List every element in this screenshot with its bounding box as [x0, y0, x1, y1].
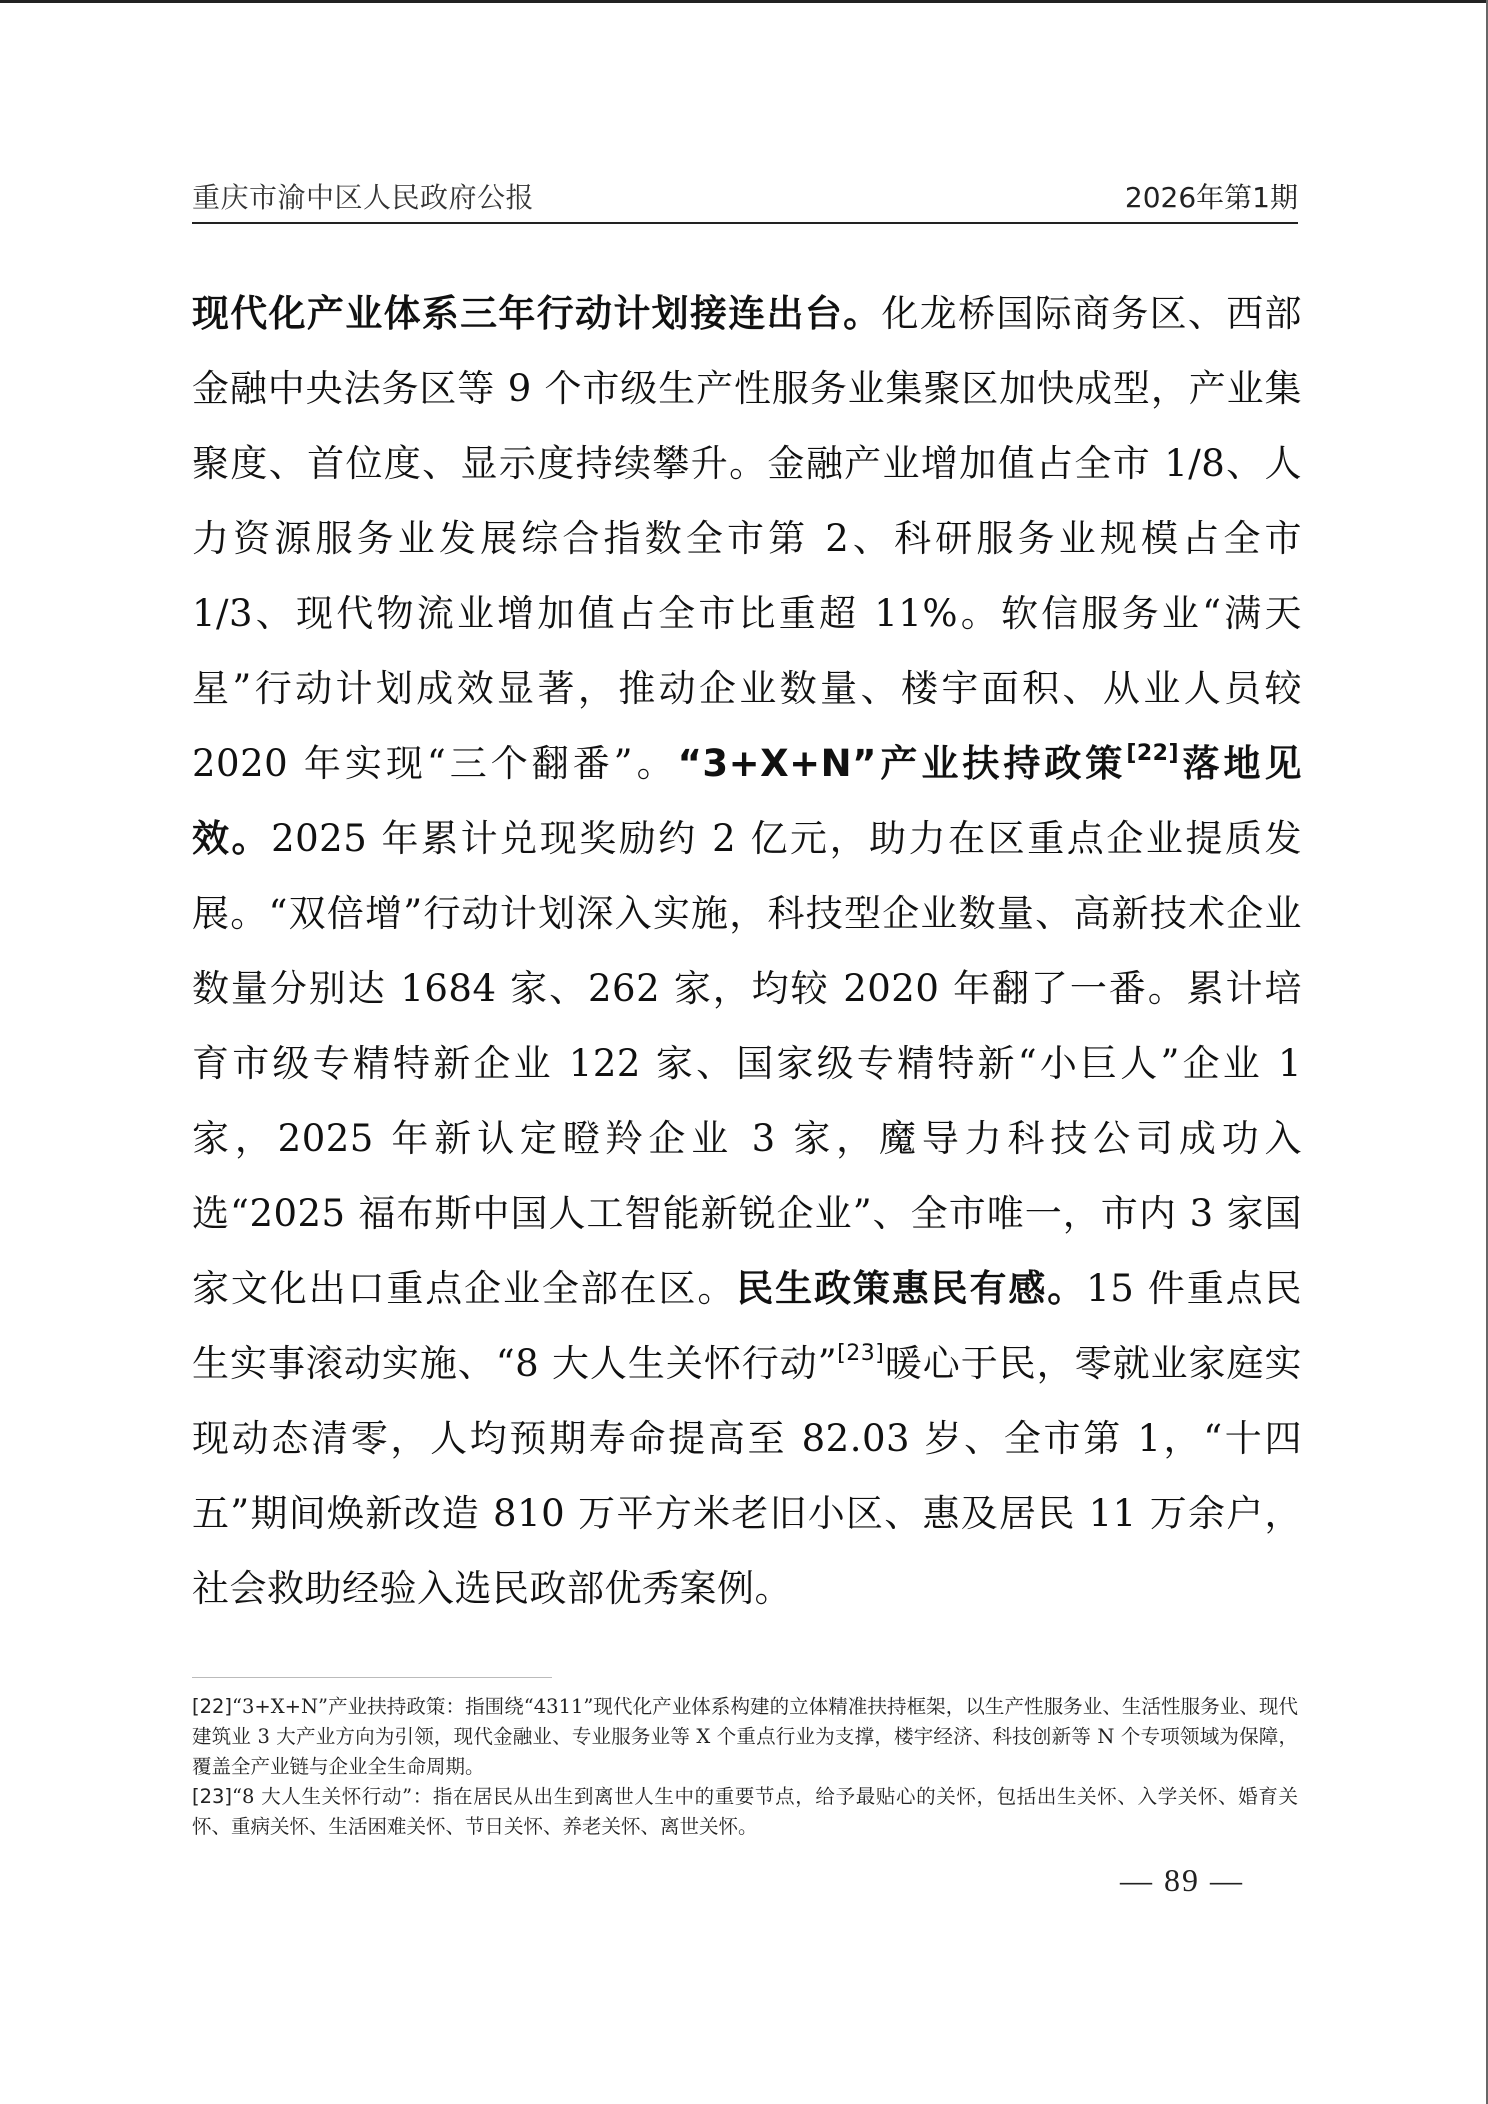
footnote-ref-22[interactable]: [22] [1126, 741, 1179, 766]
footnotes: [22]“3+X+N”产业扶持政策：指围绕“4311”现代化产业体系构建的立体精… [192, 1692, 1298, 1842]
paragraph-text: 2025 年累计兑现奖励约 2 亿元，助力在区重点企业提质发展。“双倍增”行动计… [192, 817, 1302, 1310]
running-header: 重庆市渝中区人民政府公报 2026年第1期 [192, 178, 1298, 224]
footnote-22: [22]“3+X+N”产业扶持政策：指围绕“4311”现代化产业体系构建的立体精… [192, 1692, 1298, 1782]
paragraph-text: 化龙桥国际商务区、西部金融中央法务区等 9 个市级生产性服务业集聚区加快成型，产… [192, 292, 1302, 785]
footnote-ref-23[interactable]: [23] [837, 1341, 884, 1366]
footnote-id: [23] [192, 1785, 232, 1808]
issue-number: 2026年第1期 [1125, 176, 1298, 216]
body-paragraph: 现代化产业体系三年行动计划接连出台。化龙桥国际商务区、西部金融中央法务区等 9 … [192, 276, 1302, 1626]
footnote-separator [192, 1677, 552, 1678]
publication-title: 重庆市渝中区人民政府公报 [192, 176, 534, 216]
page-top-border [0, 0, 1488, 3]
bold-lead-heading: 现代化产业体系三年行动计划接连出台。 [192, 292, 881, 335]
footnote-text: “8 大人生关怀行动”：指在居民从出生到离世人生中的重要节点，给予最贴心的关怀，… [192, 1785, 1298, 1838]
bold-lead-heading: “3+X+N”产业扶持政策 [678, 742, 1127, 785]
footnote-text: “3+X+N”产业扶持政策：指围绕“4311”现代化产业体系构建的立体精准扶持框… [192, 1695, 1298, 1778]
footnote-23: [23]“8 大人生关怀行动”：指在居民从出生到离世人生中的重要节点，给予最贴心… [192, 1782, 1298, 1842]
bold-lead-heading: 民生政策惠民有感。 [736, 1267, 1086, 1310]
footnote-id: [22] [192, 1695, 232, 1718]
page-number: — 89 — [1120, 1862, 1244, 1899]
